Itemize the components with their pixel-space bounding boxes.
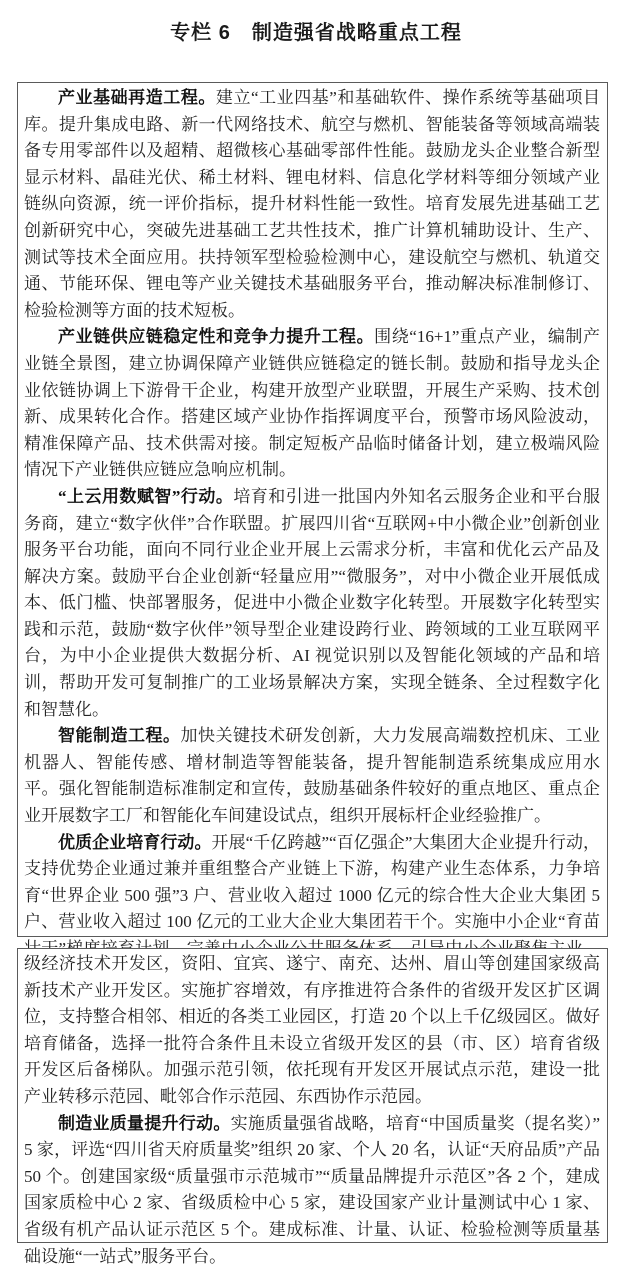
paragraph-lead: 产业链供应链稳定性和竞争力提升工程。 [58, 327, 374, 346]
paragraph-lead: 智能制造工程。 [58, 726, 181, 745]
paragraph-cloud-data-action: “上云用数赋智”行动。培育和引进一批国内外知名云服务企业和平台服务商，建立“数字… [24, 484, 600, 723]
page-title: 专栏 6 制造强省战略重点工程 [0, 16, 632, 45]
paragraph-lead: “上云用数赋智”行动。 [58, 487, 233, 506]
key-projects-box-2: 级经济技术开发区，资阳、宜宾、遂宁、南充、达州、眉山等创建国家级高新技术产业开发… [17, 948, 608, 1243]
paragraph-smart-manufacturing: 智能制造工程。加快关键技术研发创新，大力发展高端数控机床、工业机器人、智能传感、… [24, 723, 600, 829]
paragraph-supply-chain-stability: 产业链供应链稳定性和竞争力提升工程。围绕“16+1”重点产业，编制产业链全景图，… [24, 324, 600, 484]
paragraph-lead: 产业基础再造工程。 [58, 88, 216, 107]
paragraph-development-zone-continued: 级经济技术开发区，资阳、宜宾、遂宁、南充、达州、眉山等创建国家级高新技术产业开发… [24, 951, 600, 1111]
paragraph-industry-base-rebuild: 产业基础再造工程。建立“工业四基”和基础软件、操作系统等基础项目库。提升集成电路… [24, 85, 600, 324]
paragraph-lead: 优质企业培育行动。 [58, 833, 212, 852]
paragraph-body: 实施质量强省战略，培育“中国质量奖（提名奖）”5 家，评选“四川省天府质量奖”组… [24, 1114, 600, 1266]
paragraph-body: 级经济技术开发区，资阳、宜宾、遂宁、南充、达州、眉山等创建国家级高新技术产业开发… [24, 954, 600, 1106]
paragraph-manufacturing-quality-action: 制造业质量提升行动。实施质量强省战略，培育“中国质量奖（提名奖）”5 家，评选“… [24, 1111, 600, 1271]
paragraph-lead: 制造业质量提升行动。 [58, 1114, 231, 1133]
paragraph-body: 建立“工业四基”和基础软件、操作系统等基础项目库。提升集成电路、新一代网络技术、… [24, 88, 600, 320]
paragraph-body: 培育和引进一批国内外知名云服务企业和平台服务商，建立“数字伙伴”合作联盟。扩展四… [24, 487, 600, 719]
key-projects-box-1: 产业基础再造工程。建立“工业四基”和基础软件、操作系统等基础项目库。提升集成电路… [17, 82, 608, 937]
document-page: { "page": { "title": "专栏 6 制造强省战略重点工程" }… [0, 0, 632, 1280]
paragraph-body: 围绕“16+1”重点产业，编制产业链全景图，建立协调保障产业链供应链稳定的链长制… [24, 327, 600, 479]
